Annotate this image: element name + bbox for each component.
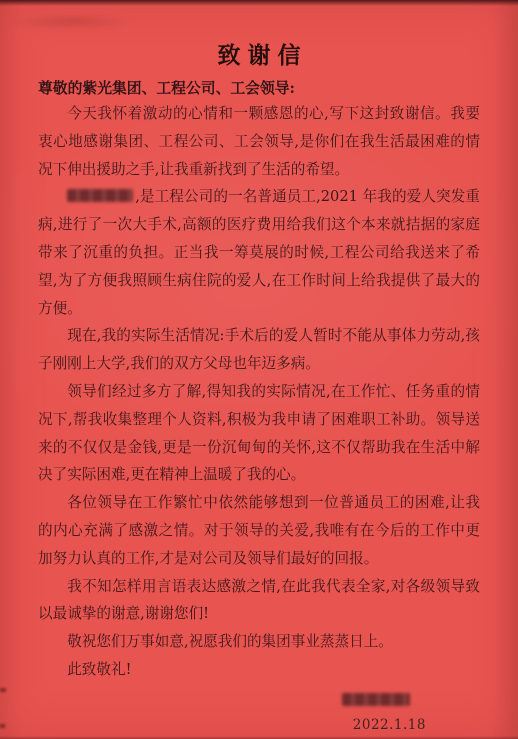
scan-smudge bbox=[6, 14, 136, 30]
paragraph-2-text: ,是工程公司的一名普通员工,2021 年我的爱人突发重病,进行了一次大手术,高额… bbox=[38, 188, 480, 316]
paragraph-4-text: 领导们经过多方了解,得知我的实际情况,在工作忙、任务重的情况下,帮我收集整理个人… bbox=[38, 383, 480, 483]
paragraph-1: 今天我怀着激动的心情和一颗感恩的心,写下这封致谢信。我要衷心地感谢集团、工程公司… bbox=[38, 100, 480, 183]
letter-content: 致谢信 尊敬的紫光集团、工程公司、工会领导: 今天我怀着激动的心情和一颗感恩的心… bbox=[0, 0, 518, 733]
scan-artifact bbox=[0, 688, 6, 692]
paragraph-4: 领导们经过多方了解,得知我的实际情况,在工作忙、任务重的情况下,帮我收集整理个人… bbox=[38, 378, 480, 489]
salutation: 尊敬的紫光集团、工程公司、工会领导: bbox=[38, 78, 480, 99]
redacted-signature-name bbox=[342, 693, 410, 706]
paragraph-7: 敬祝您们万事如意,祝愿我们的集团事业蒸蒸日上。 bbox=[38, 628, 480, 656]
paragraph-7-text: 敬祝您们万事如意,祝愿我们的集团事业蒸蒸日上。 bbox=[67, 633, 393, 650]
paragraph-3: 现在,我的实际生活情况:手术后的爱人暂时不能从事体力劳动,孩子刚刚上大学,我们的… bbox=[38, 322, 480, 378]
closing-salute: 此致敬礼! bbox=[38, 656, 480, 684]
letter-date: 2022.1.18 bbox=[38, 717, 480, 733]
paragraph-6-text: 我不知怎样用言语表达感激之情,在此我代表全家,对各级领导致以最诚挚的谢意,谢谢您… bbox=[38, 578, 480, 623]
paragraph-1-text: 今天我怀着激动的心情和一颗感恩的心,写下这封致谢信。我要衷心地感谢集团、工程公司… bbox=[38, 105, 480, 178]
scanned-letter-page: 致谢信 尊敬的紫光集团、工程公司、工会领导: 今天我怀着激动的心情和一颗感恩的心… bbox=[0, 0, 518, 739]
signature-line bbox=[38, 691, 480, 706]
letter-body: 今天我怀着激动的心情和一颗感恩的心,写下这封致谢信。我要衷心地感谢集团、工程公司… bbox=[38, 100, 480, 684]
paragraph-5: 各位领导在工作繁忙中依然能够想到一位普通员工的困难,让我的内心充满了感激之情。对… bbox=[38, 489, 480, 572]
closing-salute-text: 此致敬礼! bbox=[67, 661, 131, 678]
redacted-employee-name bbox=[67, 189, 133, 202]
letter-title: 致谢信 bbox=[38, 42, 480, 70]
paragraph-2: ,是工程公司的一名普通员工,2021 年我的爱人突发重病,进行了一次大手术,高额… bbox=[38, 183, 480, 322]
paragraph-3-text: 现在,我的实际生活情况:手术后的爱人暂时不能从事体力劳动,孩子刚刚上大学,我们的… bbox=[38, 327, 480, 372]
paragraph-6: 我不知怎样用言语表达感激之情,在此我代表全家,对各级领导致以最诚挚的谢意,谢谢您… bbox=[38, 573, 480, 629]
scan-artifact bbox=[0, 724, 5, 728]
scan-edge-top bbox=[0, 0, 518, 6]
paragraph-5-text: 各位领导在工作繁忙中依然能够想到一位普通员工的困难,让我的内心充满了感激之情。对… bbox=[38, 494, 480, 567]
